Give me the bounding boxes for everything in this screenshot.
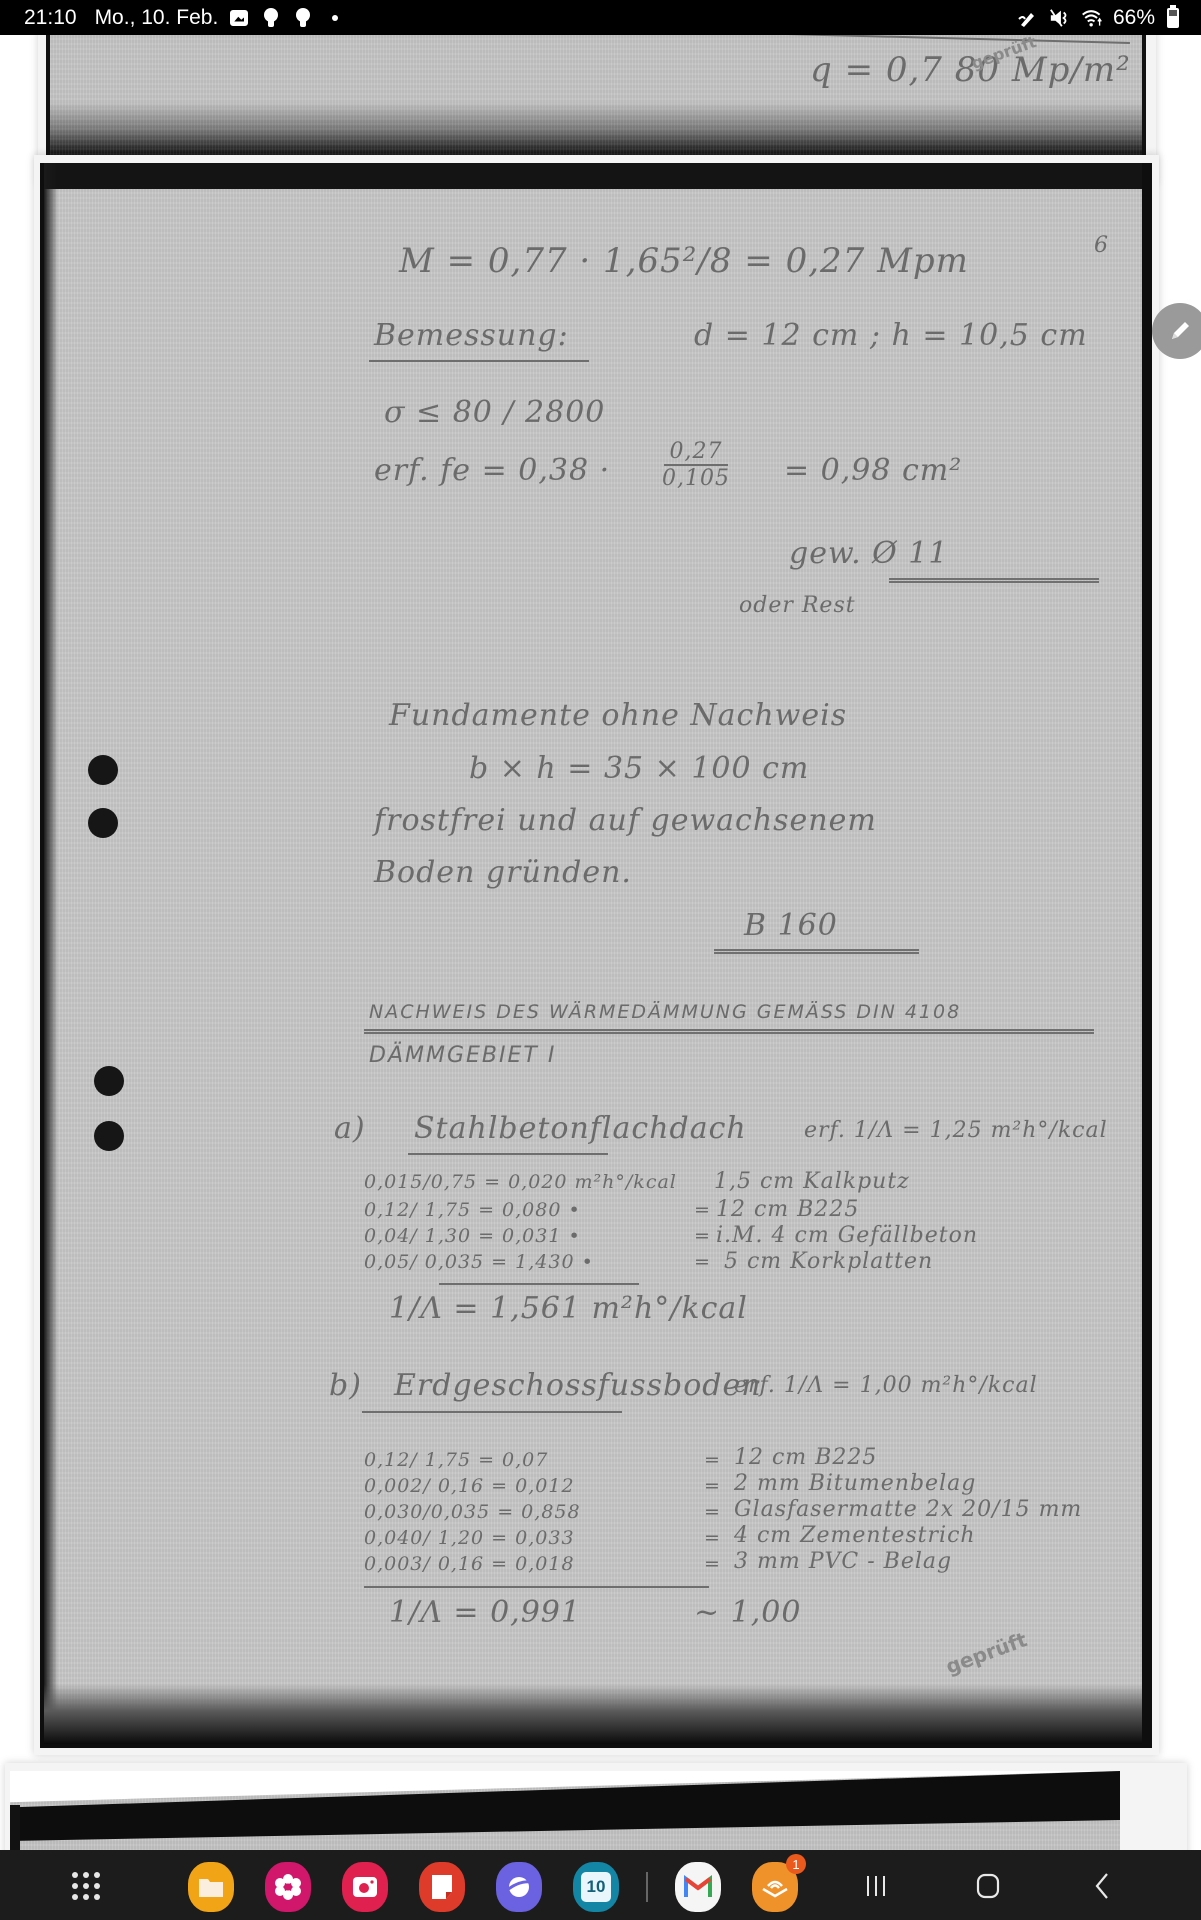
document-viewer[interactable]: q = 0,7 80 Mp/m² geprüft 6 M = 0,77 · 1,…: [0, 35, 1201, 1850]
battery-percent: 66%: [1113, 6, 1155, 30]
section-a-calc-4: 0,05/ 0,035 = 1,430 •: [364, 1251, 594, 1273]
section-a-calc-1: 0,015/0,75 = 0,020 m²h°/kcal: [364, 1171, 677, 1193]
planet-icon: [504, 1872, 534, 1902]
app-calendar[interactable]: 10: [573, 1862, 619, 1912]
fundamente-line-3: frostfrei und auf gewachsenem: [374, 803, 877, 838]
section-b-calc-5: 0,003/ 0,16 = 0,018: [364, 1553, 575, 1575]
app-notes[interactable]: [419, 1862, 465, 1912]
section-a-desc-3: i.M. 4 cm Gefällbeton: [716, 1223, 978, 1248]
home-icon: [976, 1873, 1000, 1899]
section-a-requirement: erf. 1/Λ = 1,25 m²h°/kcal: [804, 1118, 1108, 1143]
section-b-calc-4: 0,040/ 1,20 = 0,033: [364, 1527, 575, 1549]
section-b-approx: ~ 1,00: [694, 1595, 801, 1630]
navigation-bar: 10 1: [0, 1850, 1201, 1920]
checked-stamp: geprüft: [942, 1627, 1030, 1678]
section-heading: NACHWEIS DES WÄRMEDÄMMUNG GEMÄSS DIN 410…: [369, 1001, 961, 1023]
page-number: 6: [1094, 233, 1109, 258]
pencil-icon: [1167, 318, 1193, 344]
section-b-eq-1: =: [704, 1449, 721, 1471]
back-icon: [1094, 1872, 1110, 1900]
date: Mo., 10. Feb.: [95, 6, 219, 30]
flower-icon: [274, 1873, 302, 1901]
double-underline: [889, 578, 1099, 583]
steel-grade: σ ≤ 80 / 2800: [384, 395, 605, 430]
sum-line: [439, 1283, 639, 1285]
fe-prefix: erf. fe = 0,38 ·: [374, 453, 610, 488]
more-dot-icon: [324, 7, 346, 29]
app-internet[interactable]: [496, 1862, 542, 1912]
section-b-desc-5: 3 mm PVC - Belag: [734, 1549, 952, 1574]
punch-hole: [88, 808, 118, 838]
concrete-grade: B 160: [744, 908, 838, 943]
gmail-icon: [683, 1875, 713, 1899]
section-a-desc-4: 5 cm Korkplatten: [724, 1249, 933, 1274]
section-b-total: 1/Λ = 0,991: [389, 1595, 581, 1630]
clock: 21:10: [24, 6, 77, 30]
section-b-desc-3: Glasfasermatte 2x 20/15 mm: [734, 1497, 1082, 1522]
section-a-eq-4: =: [694, 1251, 711, 1273]
next-page[interactable]: 7: [5, 1763, 1187, 1850]
bulb-icon: [260, 7, 282, 29]
section-a-eq-2: =: [694, 1199, 711, 1221]
folder-icon: [198, 1876, 224, 1898]
mute-icon: [1049, 7, 1071, 29]
app-gmail[interactable]: [675, 1862, 721, 1912]
section-b-calc-3: 0,030/0,035 = 0,858: [364, 1501, 581, 1523]
calendar-day: 10: [587, 1877, 606, 1897]
pen-icon: [1017, 7, 1039, 29]
fe-denominator: 0,105: [662, 466, 730, 491]
notification-badge: 1: [786, 1854, 806, 1874]
app-audible[interactable]: 1: [752, 1862, 798, 1912]
app-blossom[interactable]: [265, 1862, 311, 1912]
wifi-icon: [1081, 7, 1103, 29]
section-b-eq-2: =: [704, 1475, 721, 1497]
moment-formula: M = 0,77 · 1,65²/8 = 0,27 Mpm: [399, 241, 969, 281]
section-b-desc-1: 12 cm B225: [734, 1445, 877, 1470]
section-a-eq-3: =: [694, 1225, 711, 1247]
underline: [362, 1411, 622, 1413]
status-right: 66%: [1017, 6, 1179, 30]
status-left: 21:10 Mo., 10. Feb.: [24, 6, 346, 30]
app-camera[interactable]: [342, 1862, 388, 1912]
section-a-total: 1/Λ = 1,561 m²h°/kcal: [389, 1291, 748, 1326]
next-page-scan: 7: [10, 1771, 1120, 1850]
section-b-calc-2: 0,002/ 0,16 = 0,012: [364, 1475, 575, 1497]
section-a-calc-3: 0,04/ 1,30 = 0,031 •: [364, 1225, 581, 1247]
calendar-icon: 10: [581, 1872, 611, 1902]
zone-label: DÄMMGEBIET I: [369, 1043, 556, 1068]
recents-icon: [865, 1874, 887, 1898]
previous-page-scan: q = 0,7 80 Mp/m² geprüft: [46, 35, 1146, 165]
punch-hole: [94, 1121, 124, 1151]
punch-hole: [88, 755, 118, 785]
home-button[interactable]: [973, 1866, 1003, 1906]
section-b-eq-3: =: [704, 1501, 721, 1523]
fe-fraction: 0,27 0,105: [662, 439, 730, 491]
bemessung-values: d = 12 cm ; h = 10,5 cm: [694, 318, 1088, 353]
fundamente-line-2: b × h = 35 × 100 cm: [469, 751, 809, 786]
current-page[interactable]: 6 M = 0,77 · 1,65²/8 = 0,27 Mpm Bemessun…: [34, 155, 1159, 1755]
section-b-eq-4: =: [704, 1527, 721, 1549]
gew-text: gew. Ø 11: [789, 536, 948, 571]
section-a-calc-2: 0,12/ 1,75 = 0,080 •: [364, 1199, 581, 1221]
camera-icon: [352, 1875, 378, 1899]
section-b-title: Erdgeschossfussboden: [394, 1368, 762, 1403]
bulb-icon: [292, 7, 314, 29]
battery-icon: [1167, 8, 1179, 28]
section-a-title: Stahlbetonflachdach: [414, 1111, 747, 1146]
scan-bottom-edge: [44, 1684, 1142, 1744]
underline: [408, 1153, 608, 1155]
sum-line: [364, 1586, 709, 1588]
apps-grid-icon[interactable]: [72, 1872, 100, 1900]
scan-top-edge: [44, 163, 1142, 189]
current-page-scan: 6 M = 0,77 · 1,65²/8 = 0,27 Mpm Bemessun…: [40, 163, 1152, 1748]
underline: [750, 35, 1130, 44]
underline: [369, 360, 589, 362]
heading-underline: [364, 1029, 1094, 1034]
fe-numerator: 0,27: [664, 439, 729, 466]
scan-left-edge: [10, 1805, 20, 1850]
section-b-label: b): [329, 1368, 362, 1403]
section-b-eq-5: =: [704, 1553, 721, 1575]
section-b-desc-2: 2 mm Bitumenbelag: [734, 1471, 976, 1496]
punch-hole: [94, 1066, 124, 1096]
status-bar: 21:10 Mo., 10. Feb. 66%: [0, 0, 1201, 35]
audible-icon: [760, 1875, 790, 1899]
section-b-desc-4: 4 cm Zementestrich: [734, 1523, 976, 1548]
edit-button[interactable]: [1152, 303, 1201, 359]
fundamente-line-4: Boden gründen.: [374, 855, 632, 890]
fe-result: = 0,98 cm²: [784, 453, 962, 488]
bemessung-label: Bemessung:: [374, 318, 569, 353]
recents-button[interactable]: [862, 1866, 890, 1906]
section-b-calc-1: 0,12/ 1,75 = 0,07: [364, 1449, 548, 1471]
gallery-icon: [228, 7, 250, 29]
note-icon: [430, 1874, 454, 1900]
section-b-requirement: erf. 1/Λ = 1,00 m²h°/kcal: [734, 1373, 1038, 1398]
oder-rest: oder Rest: [739, 593, 856, 618]
scan-left-edge: [44, 163, 58, 1744]
section-a-desc-2: 12 cm B225: [716, 1197, 859, 1222]
dock-separator: [646, 1872, 648, 1902]
back-button[interactable]: [1090, 1866, 1114, 1906]
section-a-desc-1: 1,5 cm Kalkputz: [714, 1169, 910, 1194]
section-a-label: a): [334, 1111, 366, 1146]
fundamente-line-1: Fundamente ohne Nachweis: [389, 698, 847, 733]
app-files[interactable]: [188, 1862, 234, 1912]
double-underline: [714, 949, 919, 954]
